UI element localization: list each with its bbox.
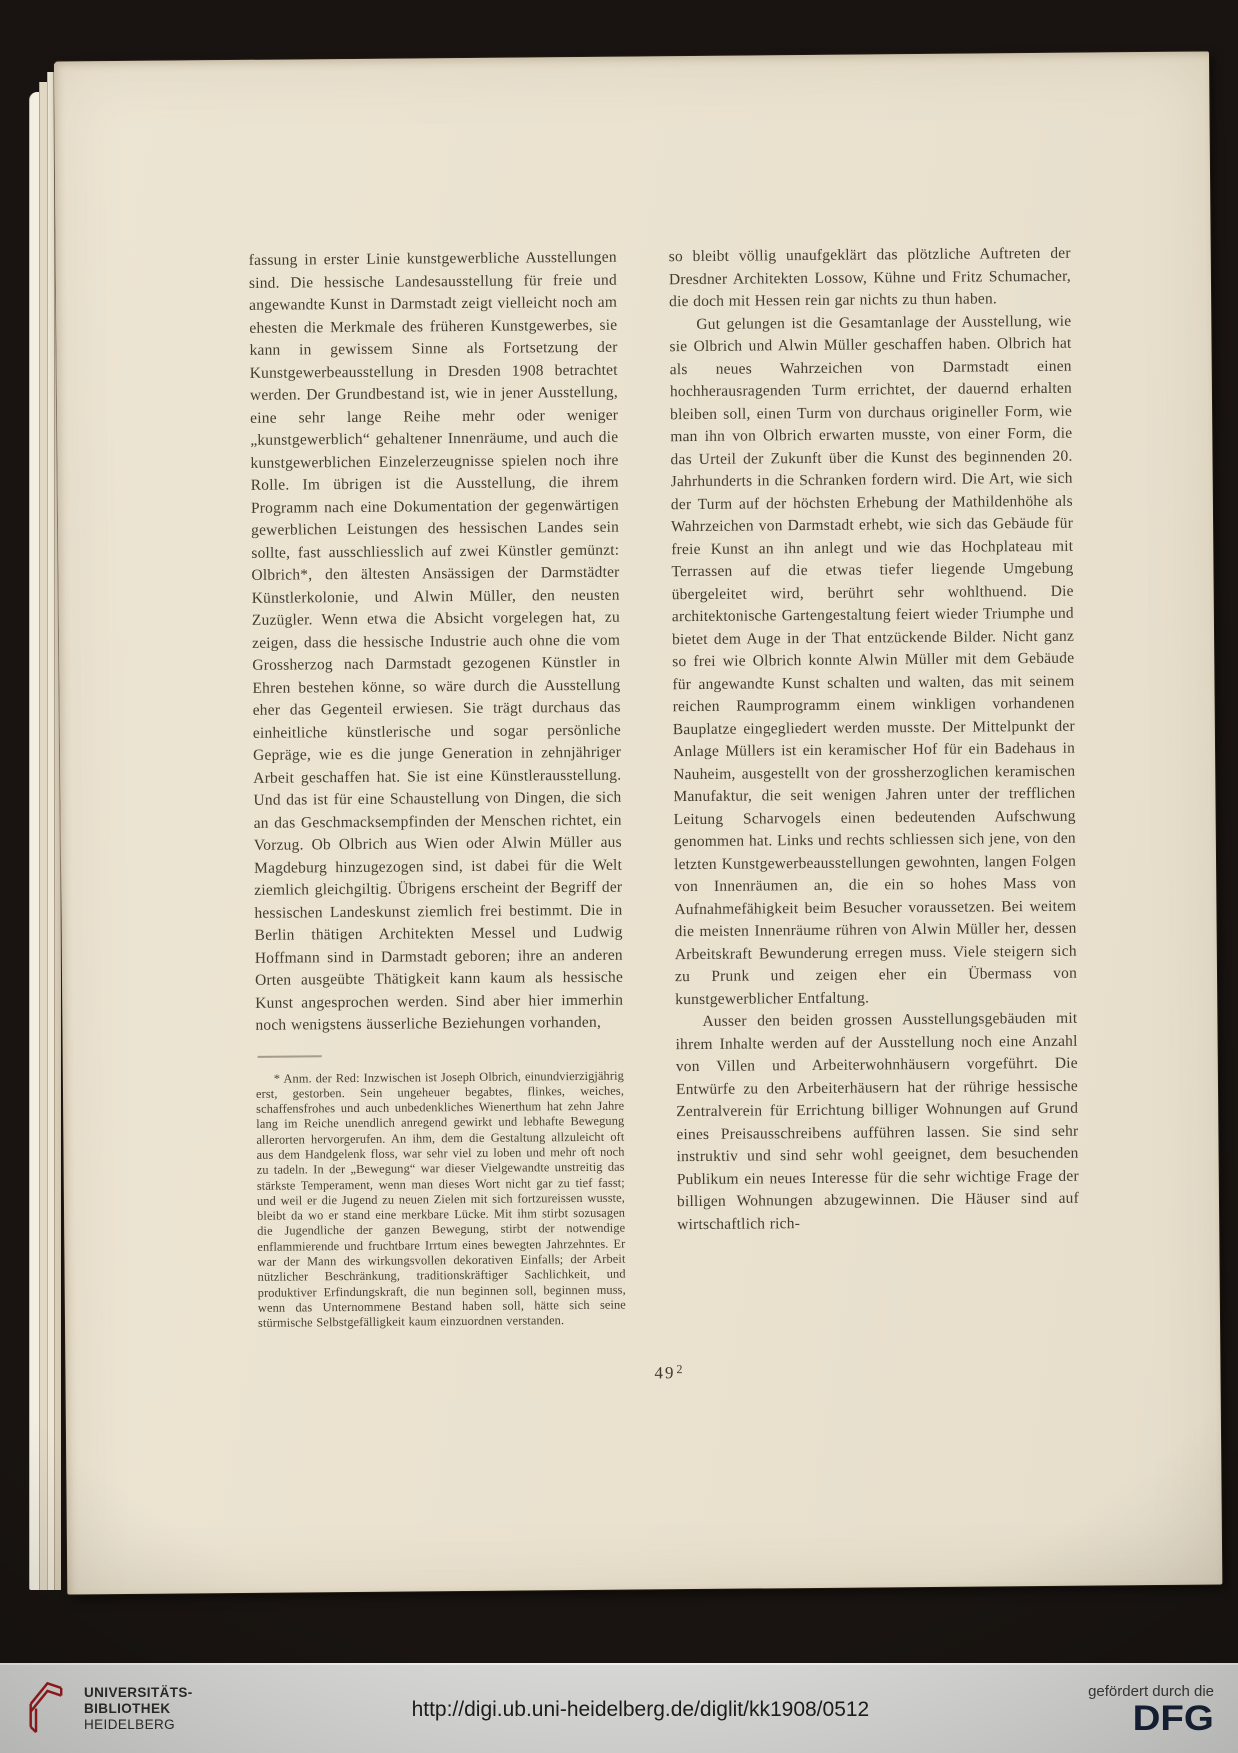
library-name-line: BIBLIOTHEK (84, 1701, 193, 1717)
paragraph: Ausser den beiden grossen Ausstellungsge… (675, 1008, 1079, 1236)
digitization-footer: UNIVERSITÄTS- BIBLIOTHEK HEIDELBERG http… (0, 1663, 1238, 1753)
page-number-main: 49 (654, 1363, 675, 1382)
paragraph: fassung in erster Linie kunstgewerbliche… (249, 247, 624, 1038)
funder-branding: gefördert durch die DFG (1088, 1683, 1220, 1735)
dfg-logo: DFG (1133, 1703, 1214, 1735)
library-name: UNIVERSITÄTS- BIBLIOTHEK HEIDELBERG (84, 1685, 193, 1733)
university-library-logo-icon (26, 1678, 72, 1741)
paragraph: Gut gelungen ist die Gesamtanlage der Au… (669, 310, 1077, 1011)
library-name-line: UNIVERSITÄTS- (84, 1685, 193, 1701)
scanned-page: fassung in erster Linie kunstgewerbliche… (54, 51, 1222, 1594)
scan-viewport: fassung in erster Linie kunstgewerbliche… (0, 0, 1238, 1753)
library-name-line: HEIDELBERG (84, 1717, 193, 1733)
footnote-paragraph: * Anm. der Red: Inzwischen ist Joseph Ol… (256, 1068, 626, 1331)
right-column: so bleibt völlig unaufgeklärt das plötzl… (669, 243, 1080, 1236)
paragraph: so bleibt völlig unaufgeklärt das plötzl… (669, 243, 1072, 314)
footnote-rule (258, 1055, 322, 1058)
page-number: 492 (258, 1359, 1080, 1387)
library-branding: UNIVERSITÄTS- BIBLIOTHEK HEIDELBERG (26, 1678, 193, 1741)
left-column: fassung in erster Linie kunstgewerbliche… (249, 247, 626, 1332)
source-url: http://digi.ub.uni-heidelberg.de/diglit/… (193, 1696, 1088, 1722)
page-number-sup: 2 (676, 1362, 684, 1376)
funding-note: gefördert durch die (1088, 1683, 1214, 1700)
left-column-text: fassung in erster Linie kunstgewerbliche… (249, 247, 624, 1038)
footnote: * Anm. der Red: Inzwischen ist Joseph Ol… (256, 1068, 626, 1331)
